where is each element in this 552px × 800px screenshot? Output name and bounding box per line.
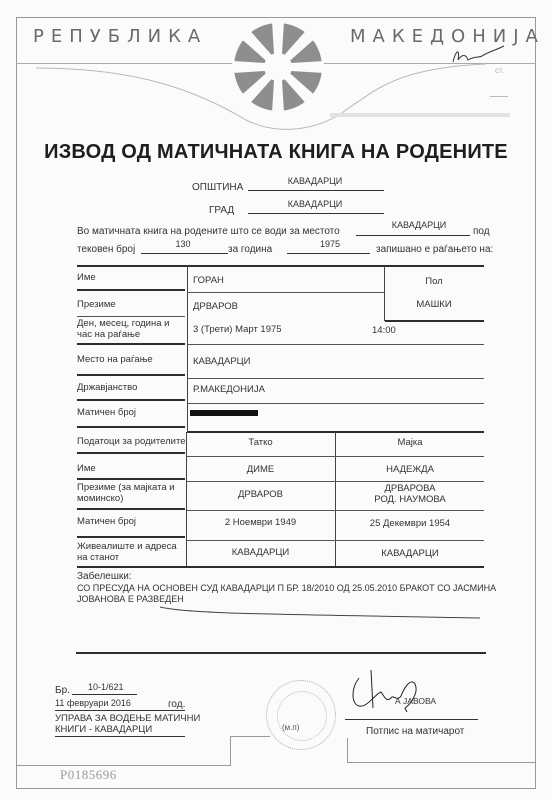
city-underline xyxy=(248,213,384,214)
row-rule xyxy=(77,374,185,376)
child-name-label: Име xyxy=(77,272,96,283)
row-rule xyxy=(385,320,484,322)
municipality-value: КАВАДАРЦИ xyxy=(250,176,380,186)
municipality-label: ОПШТИНА xyxy=(192,182,243,193)
registrar-name: А ЈАВОВА xyxy=(395,696,436,706)
parents-header-label: Податоци за родителите xyxy=(77,436,186,447)
office-underline xyxy=(55,736,185,737)
row-rule xyxy=(188,431,484,433)
row-rule xyxy=(77,478,185,480)
mother-surname-value: ДРВАРОВА РОД. НАУМОВА xyxy=(335,483,485,505)
notes-label: Забелешки: xyxy=(77,571,132,582)
parent-surname-label: Презиме (за мајката и моминско) xyxy=(77,482,185,504)
city-value: КАВАДАРЦИ xyxy=(250,199,380,209)
faint-stamp-area xyxy=(330,113,510,117)
personal-id-redacted xyxy=(190,410,258,416)
office-line-2: КНИГИ - КАВАДАРЦИ xyxy=(55,724,152,735)
footer-box-line xyxy=(230,736,270,737)
signature-label: Потпис на матичарот xyxy=(366,726,464,737)
parent-address-label: Живеалиште и адреса на станот xyxy=(77,541,189,563)
notes-line-1: СО ПРЕСУДА НА ОСНОВЕН СУД КАВАДАРЦИ П БР… xyxy=(77,583,496,593)
intro-number-value: 130 xyxy=(143,239,223,249)
row-rule xyxy=(188,292,384,293)
footer-box-line xyxy=(347,762,536,763)
row-rule xyxy=(77,289,185,291)
birth-time-value: 14:00 xyxy=(372,325,396,336)
row-rule xyxy=(77,343,185,345)
intro-text-1: Во матичната книга на родените што се во… xyxy=(77,226,340,237)
city-label: ГРАД xyxy=(209,205,234,216)
row-rule xyxy=(77,399,185,401)
parent-name-label: Име xyxy=(77,463,96,474)
reference-label: Бр. xyxy=(55,685,70,696)
row-rule xyxy=(187,481,484,482)
mother-address-value: КАВАДАРЦИ xyxy=(335,548,485,559)
row-rule xyxy=(188,344,484,345)
citizenship-label: Државјанство xyxy=(77,382,137,393)
father-name-value: ДИМЕ xyxy=(186,464,335,475)
father-header: Татко xyxy=(186,437,335,448)
municipality-underline xyxy=(248,190,384,191)
father-surname-value: ДРВАРОВ xyxy=(186,489,335,500)
personal-id-label: Матичен број xyxy=(77,407,136,418)
child-table-col-divider xyxy=(187,265,188,433)
birth-place-label: Место на раѓање xyxy=(77,354,153,365)
table-bottom-rule xyxy=(77,566,484,568)
row-rule xyxy=(187,510,484,511)
notes-line-2: ЈОВАНОВА Е РАЗВЕДЕН xyxy=(77,594,184,604)
row-rule xyxy=(77,508,185,510)
intro-year-underline xyxy=(287,253,370,254)
initials-mark xyxy=(448,42,508,68)
row-rule xyxy=(77,426,185,428)
birth-date-value: 3 (Трети) Март 1975 xyxy=(193,324,282,335)
sun-emblem-icon xyxy=(232,21,324,113)
mother-header: Мајка xyxy=(335,437,485,448)
official-seal xyxy=(266,680,336,750)
intro-text-4: за година xyxy=(228,244,272,255)
intro-text-5: запишано е раѓањето на: xyxy=(376,244,493,255)
father-birth-value: 2 Ноември 1949 xyxy=(186,517,335,528)
reference-value: 10-1/621 xyxy=(88,682,124,692)
child-surname-value: ДРВАРОВ xyxy=(193,301,238,312)
seal-label: (м.п) xyxy=(282,723,299,732)
birth-place-value: КАВАДАРЦИ xyxy=(193,356,251,367)
row-rule xyxy=(188,403,484,404)
intro-number-underline xyxy=(141,253,228,254)
issue-date-value: 11 февруари 2016 xyxy=(55,698,131,708)
issue-date-suffix: год. xyxy=(168,699,185,710)
father-address-value: КАВАДАРЦИ xyxy=(186,547,335,558)
row-rule xyxy=(77,536,185,538)
parent-id-label: Матичен број xyxy=(77,516,136,527)
row-rule xyxy=(187,540,484,541)
mother-name-value: НАДЕЖДА xyxy=(335,464,485,475)
child-surname-label: Презиме xyxy=(77,299,116,310)
form-serial-number: P0185696 xyxy=(60,767,117,783)
birth-datetime-label: Ден, месец, година и час на раѓање xyxy=(77,318,187,340)
intro-place-value: КАВАДАРЦИ xyxy=(374,220,464,230)
faint-stamp-text: ст. xyxy=(495,66,504,75)
office-line-1: УПРАВА ЗА ВОДЕЊЕ МАТИЧНИ xyxy=(55,713,200,724)
mother-birth-value: 25 Декември 1954 xyxy=(335,518,485,529)
header-republic: РЕПУБЛИКА xyxy=(33,26,207,47)
child-name-value: ГОРАН xyxy=(193,275,224,286)
sex-box-divider xyxy=(384,266,385,321)
intro-year-value: 1975 xyxy=(290,239,370,249)
row-rule xyxy=(77,452,185,454)
footer-box-line xyxy=(16,765,231,766)
intro-text-3: тековен број xyxy=(77,244,135,255)
faint-stamp-line xyxy=(490,96,508,97)
notes-strike-line xyxy=(150,604,490,624)
registrar-signature xyxy=(345,668,435,718)
table-top-rule xyxy=(77,265,484,267)
row-rule xyxy=(77,316,185,317)
footer-box-line xyxy=(230,736,231,766)
citizenship-value: Р.МАКЕДОНИЈА xyxy=(193,384,265,395)
signature-underline xyxy=(345,719,478,720)
intro-text-2: под xyxy=(473,226,490,237)
footer-top-rule xyxy=(76,652,486,654)
date-underline xyxy=(55,710,185,711)
footer-box-line xyxy=(347,738,348,762)
sex-value: МАШКИ xyxy=(384,299,484,310)
sex-label: Пол xyxy=(384,276,484,287)
row-rule xyxy=(188,378,484,379)
document-title: ИЗВОД ОД МАТИЧНАТА КНИГА НА РОДЕНИТЕ xyxy=(0,141,552,164)
row-rule xyxy=(187,456,484,457)
reference-underline xyxy=(72,694,137,695)
intro-place-underline xyxy=(356,235,470,236)
